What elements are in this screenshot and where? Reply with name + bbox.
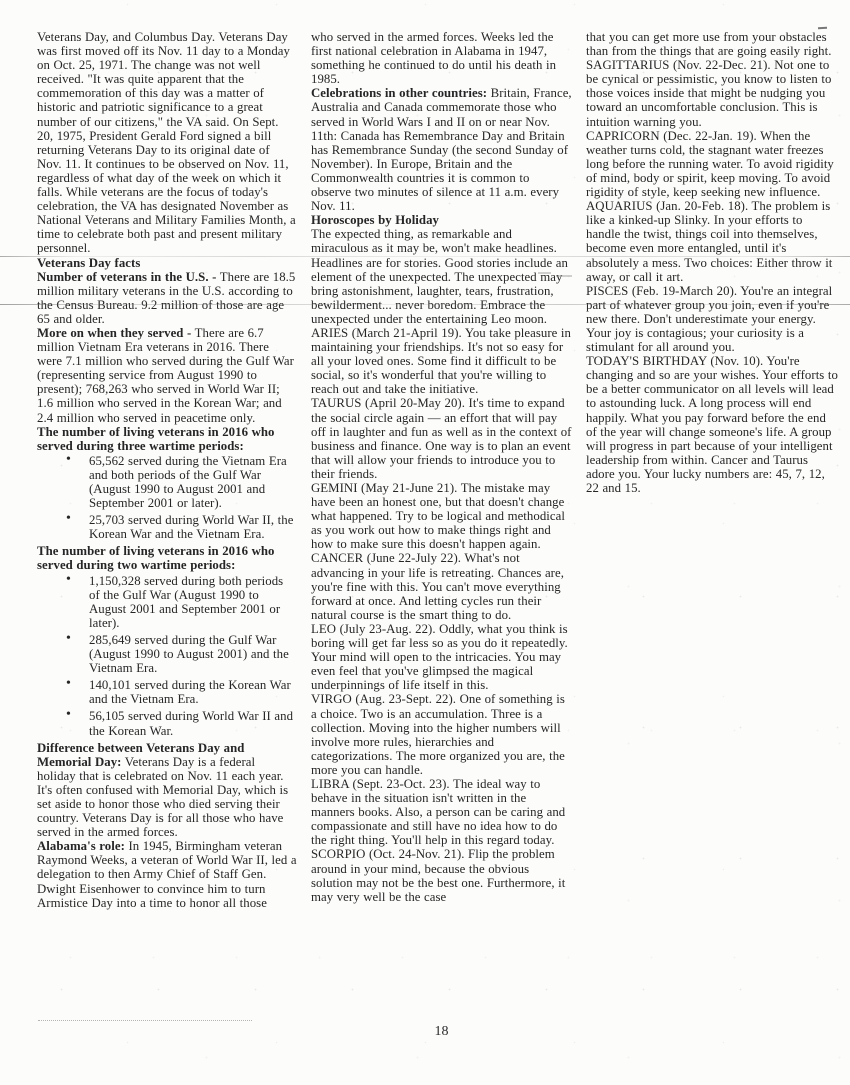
- paragraph: CAPRICORN (Dec. 22-Jan. 19). When the we…: [586, 129, 840, 199]
- paragraph: VIRGO (Aug. 23-Sept. 22). One of somethi…: [311, 692, 572, 777]
- paragraph: LIBRA (Sept. 23-Oct. 23). The ideal way …: [311, 777, 572, 847]
- scanned-page: Veterans Day, and Columbus Day. Veterans…: [0, 0, 850, 1085]
- bullet-list: 1,150,328 served during both periods of …: [37, 574, 297, 738]
- paragraph: SCORPIO (Oct. 24-Nov. 21). Flip the prob…: [311, 847, 572, 903]
- paragraph: LEO (July 23-Aug. 22). Oddly, what you t…: [311, 622, 572, 692]
- section-heading: The number of living veterans in 2016 wh…: [37, 425, 297, 453]
- bold-lead: Difference between Veterans Day and Memo…: [37, 741, 244, 769]
- paragraph: that you can get more use from your obst…: [586, 30, 840, 58]
- paragraph: The expected thing, as remarkable and mi…: [311, 227, 572, 326]
- paragraph: PISCES (Feb. 19-March 20). You're an int…: [586, 284, 840, 354]
- bullet-list-item: 1,150,328 served during both periods of …: [37, 574, 297, 630]
- bullet-list-item: 285,649 served during the Gulf War (Augu…: [37, 633, 297, 675]
- section-heading: Veterans Day facts: [37, 256, 297, 270]
- bullet-list-item: 65,562 served during the Vietnam Era and…: [37, 454, 297, 510]
- section-heading: The number of living veterans in 2016 wh…: [37, 544, 297, 572]
- page-number: 18: [311, 1024, 572, 1040]
- bullet-list-item: 140,101 served during the Korean War and…: [37, 678, 297, 706]
- paragraph: SAGITTARIUS (Nov. 22-Dec. 21). Not one t…: [586, 58, 840, 128]
- column-middle: who served in the armed forces. Weeks le…: [311, 30, 572, 904]
- paragraph: AQUARIUS (Jan. 20-Feb. 18). The problem …: [586, 199, 840, 284]
- bold-lead: Celebrations in other countries:: [311, 86, 487, 100]
- section-heading: Horoscopes by Holiday: [311, 213, 572, 227]
- bullet-list: 65,562 served during the Vietnam Era and…: [37, 454, 297, 542]
- paragraph: TAURUS (April 20-May 20). It's time to e…: [311, 396, 572, 481]
- bold-lead: More on when they served -: [37, 326, 191, 340]
- bullet-list-item: 25,703 served during World War II, the K…: [37, 513, 297, 541]
- paragraph: ARIES (March 21-April 19). You take plea…: [311, 326, 572, 396]
- paragraph: TODAY'S BIRTHDAY (Nov. 10). You're chang…: [586, 354, 840, 495]
- column-right: that you can get more use from your obst…: [586, 30, 840, 495]
- paragraph: GEMINI (May 21-June 21). The mistake may…: [311, 481, 572, 551]
- bullet-list-item: 56,105 served during World War II and th…: [37, 709, 297, 737]
- paragraph: More on when they served - There are 6.7…: [37, 326, 297, 425]
- paragraph: Veterans Day, and Columbus Day. Veterans…: [37, 30, 297, 256]
- paragraph: Difference between Veterans Day and Memo…: [37, 741, 297, 840]
- bold-lead: Alabama's role:: [37, 839, 125, 853]
- column-left: Veterans Day, and Columbus Day. Veterans…: [37, 30, 297, 910]
- paragraph: CANCER (June 22-July 22). What's not adv…: [311, 551, 572, 621]
- paragraph: Alabama's role: In 1945, Birmingham vete…: [37, 839, 297, 909]
- paragraph: who served in the armed forces. Weeks le…: [311, 30, 572, 86]
- paragraph: Number of veterans in the U.S. - There a…: [37, 270, 297, 326]
- scan-artifact-corner-dash: [818, 27, 827, 29]
- bold-lead: Number of veterans in the U.S. -: [37, 270, 216, 284]
- scan-artifact-dotted-line: [38, 1020, 252, 1021]
- paragraph: Celebrations in other countries: Britain…: [311, 86, 572, 213]
